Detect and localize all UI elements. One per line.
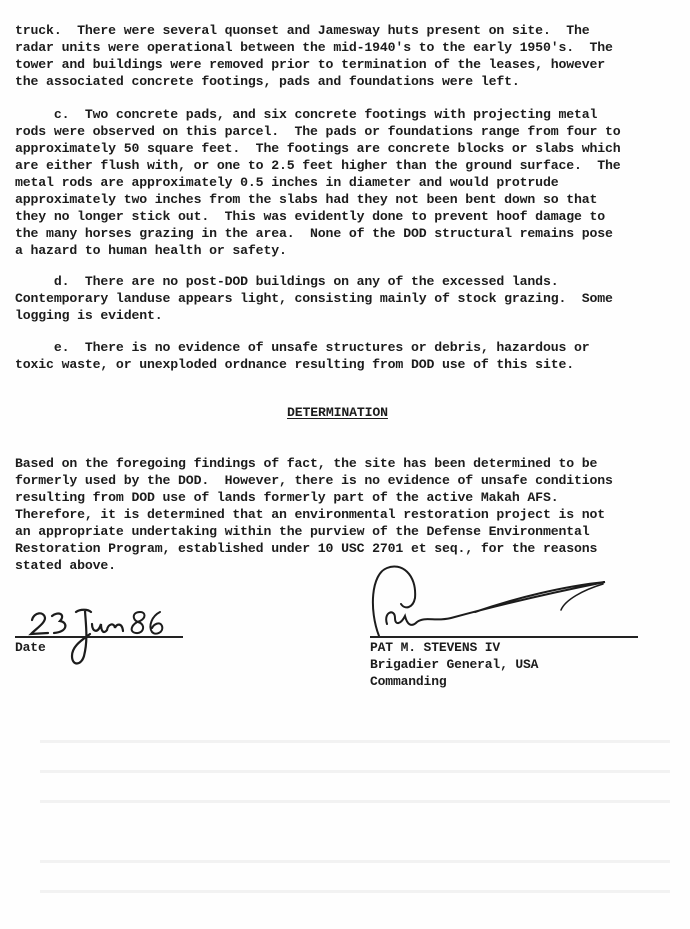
- text-line: tower and buildings were removed prior t…: [15, 56, 605, 73]
- text-line: e. There is no evidence of unsafe struct…: [15, 339, 590, 356]
- text-line: Restoration Program, established under 1…: [15, 540, 597, 557]
- signatory-rank: Brigadier General, USA: [370, 656, 538, 673]
- text-line: Contemporary landuse appears light, cons…: [15, 290, 613, 307]
- signatory-name: PAT M. STEVENS IV: [370, 639, 500, 656]
- text-line: stated above.: [15, 557, 116, 574]
- text-line: d. There are no post-DOD buildings on an…: [15, 273, 558, 290]
- determination-heading: DETERMINATION: [287, 404, 388, 421]
- text-line: approximately two inches from the slabs …: [15, 191, 597, 208]
- text-line: formerly used by the DOD. However, there…: [15, 472, 613, 489]
- date-line: [15, 636, 183, 638]
- bleed-through-artifact: [40, 740, 670, 743]
- bleed-through-artifact: [40, 800, 670, 803]
- document-page: truck. There were several quonset and Ja…: [0, 0, 690, 929]
- text-line: metal rods are approximately 0.5 inches …: [15, 174, 558, 191]
- text-line: the associated concrete footings, pads a…: [15, 73, 520, 90]
- text-line: toxic waste, or unexploded ordnance resu…: [15, 356, 574, 373]
- text-line: a hazard to human health or safety.: [15, 242, 287, 259]
- text-line: radar units were operational between the…: [15, 39, 613, 56]
- text-line: an appropriate undertaking within the pu…: [15, 523, 590, 540]
- text-line: truck. There were several quonset and Ja…: [15, 22, 590, 39]
- signature-icon: [365, 560, 615, 640]
- date-label: Date: [15, 639, 46, 656]
- text-line: rods were observed on this parcel. The p…: [15, 123, 621, 140]
- text-line: they no longer stick out. This was evide…: [15, 208, 605, 225]
- text-line: approximately 50 square feet. The footin…: [15, 140, 621, 157]
- signatory-title: Commanding: [370, 673, 447, 690]
- signature-line: [370, 636, 638, 638]
- text-line: c. Two concrete pads, and six concrete f…: [15, 106, 597, 123]
- text-line: the many horses grazing in the area. Non…: [15, 225, 613, 242]
- text-line: resulting from DOD use of lands formerly…: [15, 489, 558, 506]
- text-line: logging is evident.: [15, 307, 163, 324]
- text-line: Therefore, it is determined that an envi…: [15, 506, 605, 523]
- bleed-through-artifact: [40, 860, 670, 863]
- text-line: Based on the foregoing findings of fact,…: [15, 455, 597, 472]
- bleed-through-artifact: [40, 770, 670, 773]
- bleed-through-artifact: [40, 890, 670, 893]
- text-line: are either flush with, or one to 2.5 fee…: [15, 157, 621, 174]
